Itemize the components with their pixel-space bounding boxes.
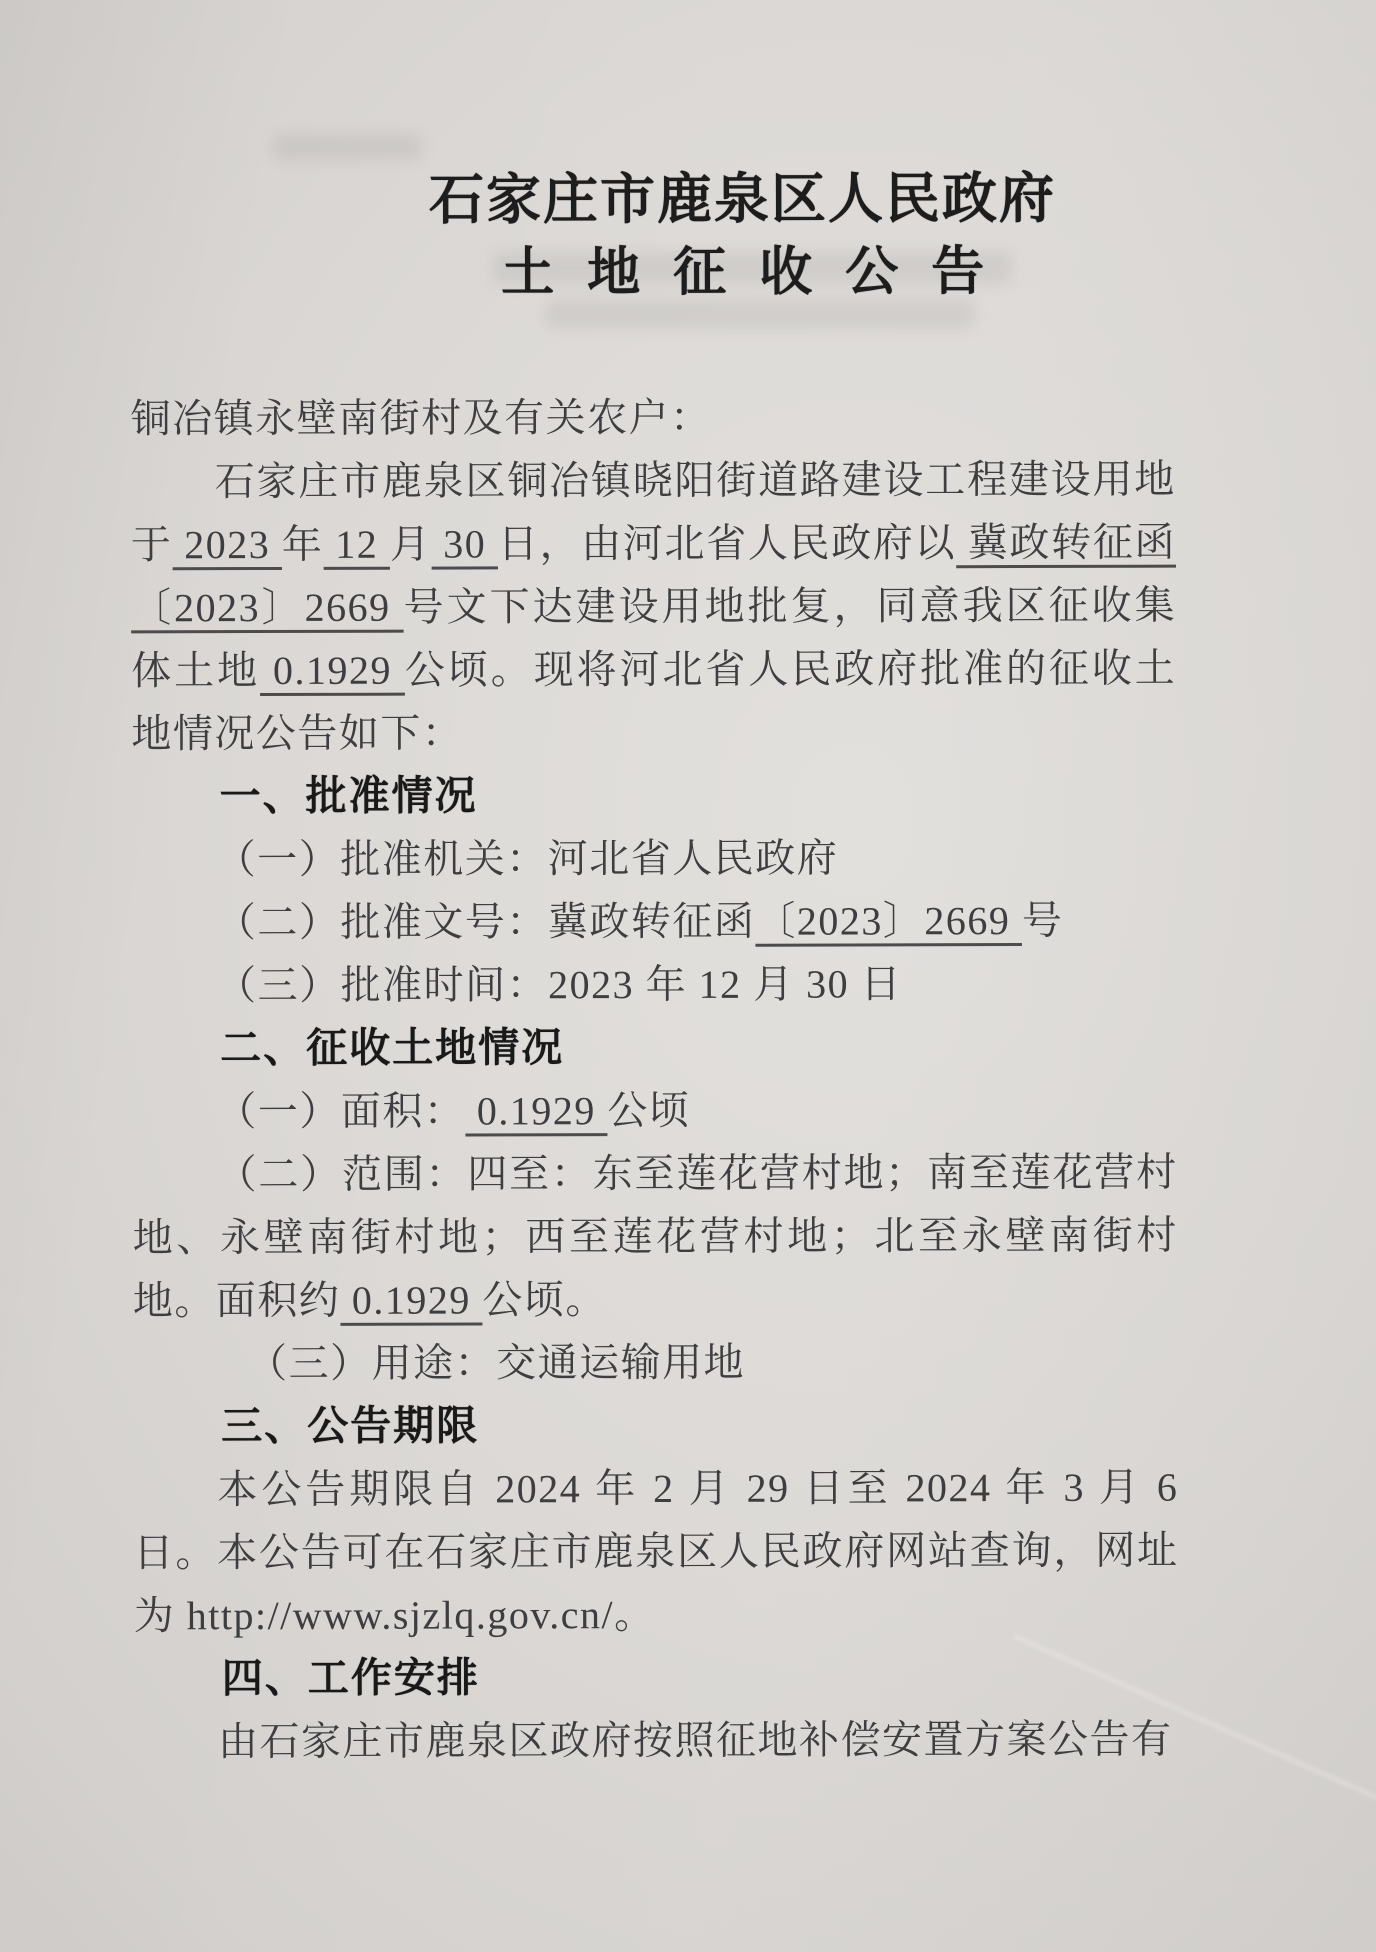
underlined-value: 30 xyxy=(431,521,497,566)
paragraph: （一）面积： 0.1929 公顷 xyxy=(132,1078,1177,1144)
section-heading: 三、公告期限 xyxy=(133,1393,1178,1459)
document-subtitle: 土地征收公告 xyxy=(220,242,1265,303)
text-run: （一）面积： xyxy=(216,1088,465,1134)
underlined-value: 0.1929 xyxy=(340,1277,482,1322)
section-heading: 一、批准情况 xyxy=(131,763,1176,829)
text-run: （一）批准机关：河北省人民政府 xyxy=(216,836,839,883)
text-run: 号 xyxy=(1022,898,1064,943)
underlined-value: 12 xyxy=(323,522,389,567)
paragraph: （二）范围：四至：东至莲花营村地；南至莲花营村地、永壁南街村地；西至莲花营村地；… xyxy=(132,1141,1177,1333)
paragraph: （一）批准机关：河北省人民政府 xyxy=(132,826,1177,892)
underlined-value: 〔2023〕2669 xyxy=(755,898,1022,944)
paragraph: 石家庄市鹿泉区铜冶镇晓阳街道路建设工程建设用地于 2023 年 12 月 30 … xyxy=(131,448,1177,766)
ink-bleedthrough-smudge xyxy=(272,134,422,160)
paragraph: （三）用途：交通运输用地 xyxy=(133,1330,1178,1396)
paragraph: （三）批准时间：2023 年 12 月 30 日 xyxy=(132,952,1177,1018)
text-run: （二）范围：四至：东至莲花营村地；南至莲花营村地、永壁南街村地；西至莲花营村地；… xyxy=(133,1150,1178,1324)
paragraph: 本公告期限自 2024 年 2 月 29 日至 2024 年 3 月 6 日。本… xyxy=(133,1456,1178,1648)
underlined-value: 0.1929 xyxy=(465,1088,607,1133)
text-run: （二）批准文号：冀政转征函 xyxy=(216,899,756,945)
text-run: （三）用途：交通运输用地 xyxy=(247,1340,745,1386)
section-heading: 四、工作安排 xyxy=(134,1645,1179,1711)
paragraph: （二）批准文号：冀政转征函〔2023〕2669 号 xyxy=(132,889,1177,955)
salutation: 铜冶镇永壁南街村及有关农户： xyxy=(130,385,1175,451)
text-run: 公顷 xyxy=(607,1088,690,1133)
text-run: 年 xyxy=(282,522,324,567)
text-run: 公顷。 xyxy=(482,1277,607,1322)
text-run: 日，由河北省人民政府以 xyxy=(498,520,956,566)
document-title: 石家庄市鹿泉区人民政府 xyxy=(220,166,1265,231)
section-heading: 二、征收土地情况 xyxy=(132,1015,1177,1081)
text-run: 本公告期限自 2024 年 2 月 29 日至 2024 年 3 月 6 日。本… xyxy=(133,1465,1178,1639)
document-body: 石家庄市鹿泉区铜冶镇晓阳街道路建设工程建设用地于 2023 年 12 月 30 … xyxy=(131,448,1179,1774)
document-content: 石家庄市鹿泉区人民政府 土地征收公告 铜冶镇永壁南街村及有关农户： 石家庄市鹿泉… xyxy=(130,167,1179,1774)
text-run: （三）批准时间：2023 年 12 月 30 日 xyxy=(216,961,902,1008)
underlined-value: 2023 xyxy=(172,522,281,567)
text-run: 由石家庄市鹿泉区政府按照征地补偿安置方案公告有 xyxy=(218,1717,1173,1764)
scanned-document-page: 石家庄市鹿泉区人民政府 土地征收公告 铜冶镇永壁南街村及有关农户： 石家庄市鹿泉… xyxy=(0,0,1376,1952)
underlined-value: 0.1929 xyxy=(260,648,405,693)
paragraph: 由石家庄市鹿泉区政府按照征地补偿安置方案公告有 xyxy=(134,1708,1179,1774)
text-run: 月 xyxy=(390,522,432,567)
